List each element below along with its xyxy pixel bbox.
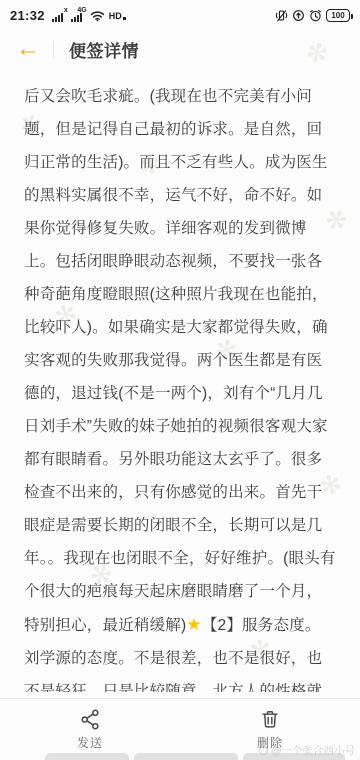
page-title: 便签详情 xyxy=(69,37,139,62)
battery-level: 100 xyxy=(331,11,344,20)
share-icon xyxy=(79,708,102,731)
clock-time: 21:32 xyxy=(10,8,45,23)
alarm-clock-icon xyxy=(309,9,322,22)
sim2-badge: 4G xyxy=(77,7,86,14)
hd-label: HD xyxy=(109,11,122,21)
volte-hd-icon: HD xyxy=(109,11,126,21)
send-label: 发送 xyxy=(77,734,103,751)
header-divider xyxy=(53,41,54,58)
status-left: 21:32 x 4G HD xyxy=(10,8,126,23)
delete-button[interactable]: 删除 xyxy=(180,708,360,751)
sim2-signal-icon: 4G xyxy=(71,10,86,22)
send-button[interactable]: 发送 xyxy=(0,708,180,751)
title-bar: ← 便签详情 xyxy=(0,26,360,68)
bottom-toolbar: 发送 删除 xyxy=(0,698,360,760)
note-scroll-area[interactable]: 后又会吹毛求疵。(我现在也不完美有小问题，但是记得自己最初的诉求。是自然，回归正… xyxy=(0,68,360,692)
sim1-signal-icon: x xyxy=(52,10,67,22)
note-text: 后又会吹毛求疵。(我现在也不完美有小问题，但是记得自己最初的诉求。是自然，回归正… xyxy=(24,80,336,692)
status-bar: 21:32 x 4G HD xyxy=(0,0,360,26)
vibrate-icon xyxy=(275,9,288,22)
data-saver-icon xyxy=(292,9,305,22)
back-button[interactable]: ← xyxy=(16,37,40,61)
status-right: 100 xyxy=(275,9,350,22)
sim1-badge: x xyxy=(64,7,68,14)
note-text-part1: 后又会吹毛求疵。(我现在也不完美有小问题，但是记得自己最初的诉求。是自然，回归正… xyxy=(24,88,336,634)
battery-icon: 100 xyxy=(326,9,350,22)
note-detail-screen: 21:32 x 4G HD xyxy=(0,0,360,760)
trash-icon xyxy=(259,708,281,731)
wifi-icon xyxy=(90,10,105,22)
star-icon: ★ xyxy=(186,615,201,634)
delete-label: 删除 xyxy=(257,734,283,751)
